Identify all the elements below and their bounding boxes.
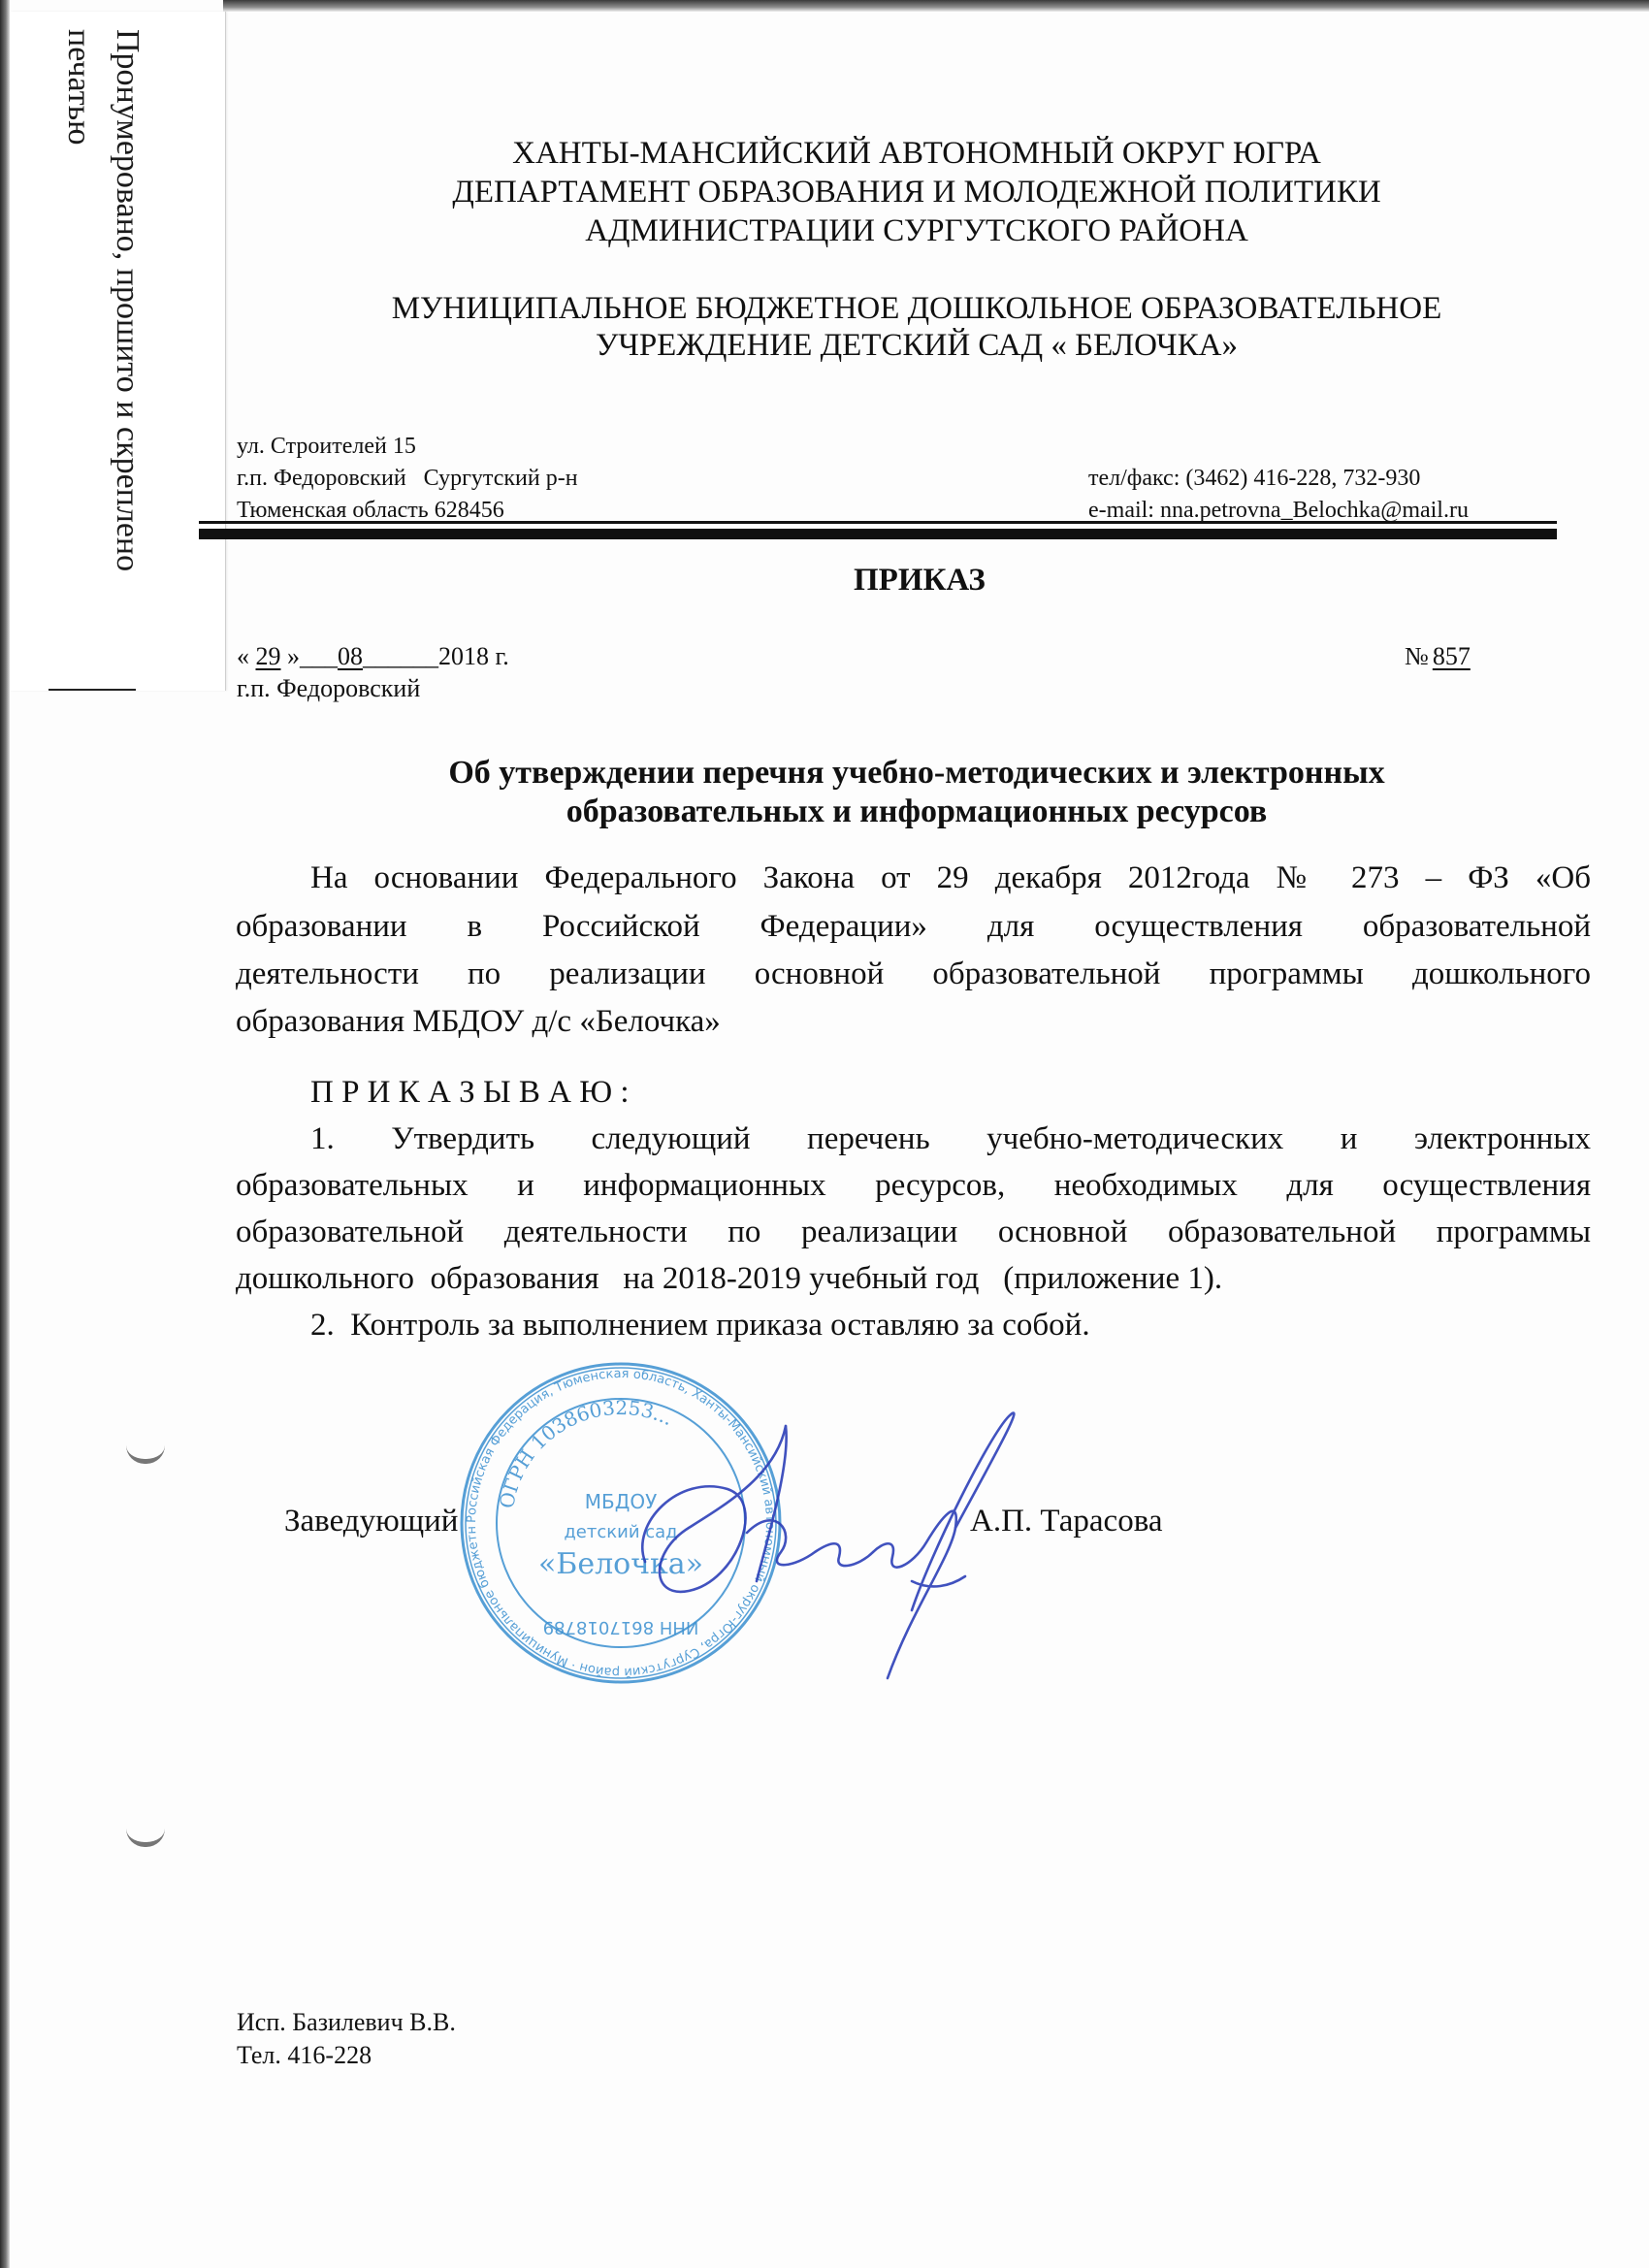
item2-line: 2. Контроль за выполнением приказа остав… [310, 1308, 1090, 1344]
date-open: « [237, 642, 256, 670]
order-number: №857 [1405, 642, 1471, 671]
executor-phone: Тел. 416-228 [237, 2041, 372, 2070]
date-fill: ______ [363, 642, 438, 670]
item1-line: образовательных и информационных ресурсо… [236, 1168, 1591, 1204]
handwritten-signature-icon [621, 1358, 1028, 1688]
header-department: ДЕПАРТАМЕНТ ОБРАЗОВАНИЯ И МОЛОДЕЖНОЙ ПОЛ… [223, 175, 1610, 211]
signatory-position: Заведующий [284, 1504, 458, 1539]
command-word: П Р И К А З Ы В А Ю : [310, 1075, 630, 1111]
date-mid: » [281, 642, 301, 670]
item1-line: дошкольного образования на 2018-2019 уче… [236, 1261, 1591, 1297]
number-value: 857 [1433, 642, 1471, 670]
order-place: г.п. Федоровский [237, 674, 420, 703]
preamble-line: деятельности по реализации основной обра… [236, 956, 1591, 992]
order-title-line2: образовательных и информационных ресурсо… [223, 794, 1610, 830]
number-label: № [1405, 642, 1429, 670]
preamble-line: образовании в Российской Федерации» для … [236, 909, 1591, 945]
letterhead-rule-thin [199, 521, 1557, 524]
date-day: 29 [256, 642, 281, 670]
punch-hole-mark [126, 1829, 165, 1847]
item1-line: образовательной деятельности по реализац… [236, 1215, 1591, 1250]
item1-line: 1. Утвердить следующий перечень учебно-м… [310, 1121, 1591, 1157]
preamble-line: На основании Федерального Закона от 29 д… [310, 860, 1591, 896]
binding-note-line1: Пронумеровано, прошито и скреплено [109, 29, 145, 708]
punch-hole-mark [126, 1445, 165, 1464]
binding-note-line2: печатью [60, 29, 97, 708]
address-town: г.п. Федоровский Сургутский р-н [237, 462, 578, 495]
date-month: 08 [338, 642, 363, 670]
date-fill: ___ [300, 642, 338, 670]
binding-signature-line [48, 689, 136, 691]
header-region: ХАНТЫ-МАНСИЙСКИЙ АВТОНОМНЫЙ ОКРУГ ЮГРА [223, 136, 1610, 172]
scan-edge [0, 0, 10, 2268]
order-heading: ПРИКАЗ [854, 563, 986, 599]
institution-name-line2: УЧРЕЖДЕНИЕ ДЕТСКИЙ САД « БЕЛОЧКА» [223, 328, 1610, 364]
contact-phone: тел/факс: (3462) 416-228, 732-930 [1088, 462, 1420, 495]
date-year: 2018 г. [438, 642, 509, 670]
header-administration: АДМИНИСТРАЦИИ СУРГУТСКОГО РАЙОНА [223, 213, 1610, 249]
preamble-line: образования МБДОУ д/с «Белочка» [236, 1004, 1591, 1040]
letterhead-rule-thick [199, 529, 1557, 539]
order-date: « 29 »___08______2018 г. [237, 642, 509, 671]
institution-name-line1: МУНИЦИПАЛЬНОЕ БЮДЖЕТНОЕ ДОШКОЛЬНОЕ ОБРАЗ… [223, 291, 1610, 327]
address-street: ул. Строителей 15 [237, 430, 416, 463]
order-title-line1: Об утверждении перечня учебно-методическ… [223, 755, 1610, 792]
scan-edge-top [223, 0, 1649, 12]
executor-name: Исп. Базилевич В.В. [237, 2008, 456, 2037]
